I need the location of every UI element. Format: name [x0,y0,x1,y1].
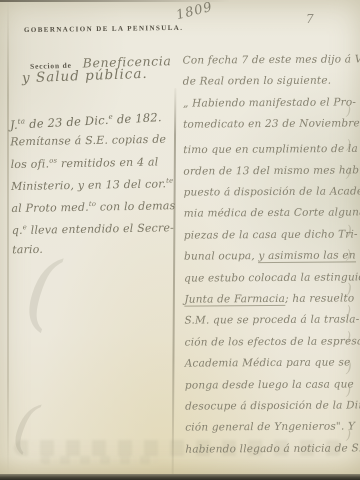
text-segment: orden de 13 del mismo mes había [183,164,360,177]
text-segment: piezas de la casa que dicho Tri- [184,228,358,241]
text-segment: puesto á disposición de la Acade- [184,185,360,198]
text-line: S.M. que se proceda á la trasla- [184,310,356,333]
text-line: desocupe á disposición de la Direc- [185,395,357,418]
text-segment: remitidos en 4 al [57,155,158,170]
text-segment: os [49,156,57,164]
paper-bottom-edge [0,474,360,480]
text-line: mia médica de esta Corte algunas [184,203,356,226]
text-segment: q. [12,224,23,237]
text-segment: ; ha resuelto [285,292,354,304]
text-line: al Proto med.to con lo demas [11,194,171,219]
text-segment: Academia Médica para que se [185,357,351,370]
manuscript-page: GOBERNACION DE LA PENINSULA. Seccion de … [0,0,360,476]
text-line: piezas de la casa que dicho Tri- [184,224,356,247]
center-fold-crease [172,88,177,476]
text-line: ción general de Yngenieros". Y [185,417,357,440]
section-value-handwritten-line2: y Salud pública. [22,66,148,86]
text-segment: timo que en cumplimiento de la R. [183,142,360,155]
text-segment: al Proto med. [11,201,89,215]
text-segment: Junta de Farmacia [184,293,285,307]
text-line: Ministerio, y en 13 del cor.te [11,172,171,197]
main-text-body: Con fecha 7 de este mes dijo á V.S.de Re… [183,49,358,460]
text-line: ponga desde luego la casa que [185,374,357,397]
text-line: bunal ocupa, y asimismo las en [184,246,356,269]
text-segment: de 182. [113,110,162,127]
text-line: Con fecha 7 de este mes dijo á V.S. [183,49,355,72]
text-segment: „ Habiendo manifestado el Pro- [183,96,356,109]
text-line: „ Habiendo manifestado el Pro- [183,92,355,115]
text-line: los ofi.os remitidos en 4 al [10,149,170,174]
ink-bleedthrough-band [14,440,344,456]
text-segment: mia médica de esta Corte algunas [184,207,360,220]
text-segment: tario. [12,243,43,257]
text-segment: de Real orden lo siguiente. [183,75,332,88]
text-line: tario. [12,238,172,260]
text-line: timo que en cumplimiento de la R.l [183,135,355,161]
text-segment: Con fecha 7 de este mes dijo á V.S. [183,53,360,66]
text-line: Junta de Farmacia; ha resuelto [184,288,356,311]
margin-note: J.ta de 23 de Dic.e de 182.Remítanse á S… [10,107,173,261]
text-segment: desocupe á disposición de la Direc- [185,399,360,412]
ink-bleedthrough-band [40,456,160,464]
text-segment: tomedicato en 23 de Noviembre úl- [183,117,360,130]
text-segment: lleva entendido el Secre- [27,222,174,238]
paper-top-edge [0,0,230,2]
text-segment: te [166,177,173,185]
text-segment: Ministerio, y en 13 del cor. [11,177,166,193]
text-segment: S.M. que se proceda á la trasla- [184,314,359,327]
text-segment: ción general de Yngenieros". Y [185,421,355,434]
page-number: 7 [306,12,315,26]
text-line: de Real orden lo siguiente. [183,71,355,94]
text-segment: con lo demas [96,199,176,213]
year-annotation: 1809 [175,0,215,23]
text-line: tomedicato en 23 de Noviembre úl- [183,114,355,137]
text-line: que estubo colocada la estinguida [184,267,356,290]
text-segment: bunal ocupa, [184,250,259,263]
text-segment: los ofi. [11,157,50,171]
text-segment: ción de los efectos de la espresada [185,335,360,348]
text-segment: Remítanse á S.E. copias de [10,133,166,149]
text-segment: y asimismo las en [258,250,355,264]
text-line: orden de 13 del mismo mes había [183,160,355,183]
left-fold-crease [7,0,9,476]
text-line: ción de los efectos de la espresada [185,331,357,354]
letterhead-title: GOBERNACION DE LA PENINSULA. [24,24,174,34]
text-line: Academia Médica para que se [185,353,357,376]
text-segment: ponga desde luego la casa que [185,378,354,391]
text-segment: de 23 de Dic. [25,113,109,131]
text-line: puesto á disposición de la Acade- [183,181,355,204]
text-line: q.e lleva entendido el Secre- [12,216,172,241]
text-segment: que estubo colocada la estinguida [184,271,360,284]
